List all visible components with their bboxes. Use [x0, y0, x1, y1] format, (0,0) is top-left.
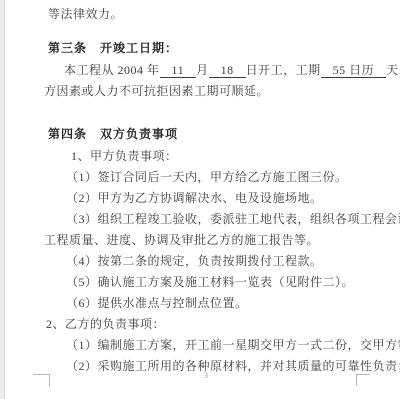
- party-b-item-1: （1）编制施工方案，开工前一星期交甲方一式二份，交甲方审核确认。: [66, 338, 400, 352]
- text-segment: 工程质量、进度、协调及审批乙方的施工报告等。: [44, 233, 319, 247]
- document-page: 等法律效力。第三条 开竣工日期：本工程从 2004 年11月18日开工，工期55…: [0, 0, 400, 399]
- start-date-line: 本工程从 2004 年11月18日开工，工期55 日历天，因甲: [64, 63, 400, 78]
- party-a-item-1: （1）签订合同后一天内，甲方给乙方施工图三份。: [66, 170, 348, 184]
- party-b-item-2: （2）采购施工所用的各种原材料，并对其质量的可靠性负责；材料品: [66, 359, 400, 373]
- previous-clause-tail: 等法律效力。: [48, 7, 123, 21]
- text-segment: （1）签订合同后一天内，甲方给乙方施工图三份。: [66, 170, 348, 184]
- text-segment: （1）编制施工方案，开工前一星期交甲方一式二份，交甲方审核确认。: [66, 338, 400, 352]
- filled-blank: 55 日历: [321, 63, 387, 78]
- filled-blank: 18: [209, 63, 246, 78]
- text-segment: 月: [196, 63, 209, 77]
- page-left-edge: [0, 0, 5, 399]
- party-a-item-3: （3）组织工程竣工验收，委派驻工地代表，组织各项工程会议，负责: [66, 212, 400, 226]
- text-segment: 1、甲方负责事项：: [71, 149, 178, 163]
- text-segment: 等法律效力。: [48, 7, 123, 21]
- article-4-heading: 第四条 双方负责事项: [48, 127, 178, 141]
- text-segment: （2）采购施工所用的各种原材料，并对其质量的可靠性负责；材料品: [66, 359, 400, 373]
- party-a-item-5: （5）确认施工方案及施工材料一览表（见附件二）。: [66, 275, 354, 289]
- text-segment: 天，因甲: [386, 63, 400, 77]
- text-segment: （3）组织工程竣工验收，委派驻工地代表，组织各项工程会议，负责: [66, 212, 400, 226]
- party-a-item-6: （6）提供水准点与控制点位置。: [66, 296, 248, 310]
- party-a-item-3-cont: 工程质量、进度、协调及审批乙方的施工报告等。: [44, 233, 319, 247]
- start-date-line-2: 方因素或人力不可抗拒因素工期可顺延。: [44, 84, 269, 98]
- text-boundary-mark-right: [356, 374, 370, 386]
- text-segment: 第四条 双方负责事项: [48, 127, 178, 141]
- party-a-subheading: 1、甲方负责事项：: [71, 149, 178, 163]
- article-3-heading: 第三条 开竣工日期：: [48, 41, 178, 55]
- party-b-subheading: 2、乙方的负责事项：: [46, 317, 165, 331]
- text-segment: 方因素或人力不可抗拒因素工期可顺延。: [44, 84, 269, 98]
- page-number: 3: [204, 371, 208, 380]
- text-boundary-mark-left: [33, 374, 50, 387]
- text-segment: 本工程从 2004 年: [64, 63, 160, 77]
- text-segment: 第三条 开竣工日期：: [48, 41, 178, 55]
- filled-blank: 11: [160, 63, 197, 78]
- text-segment: （6）提供水准点与控制点位置。: [66, 296, 248, 310]
- text-segment: 日开工，工期: [246, 63, 321, 77]
- party-a-item-2: （2）甲方为乙方协调解决水、电及设施场地。: [66, 191, 323, 205]
- text-segment: （4）按第二条的规定，负责按期拨付工程款。: [66, 254, 323, 268]
- text-segment: （5）确认施工方案及施工材料一览表（见附件二）。: [66, 275, 354, 289]
- text-segment: 2、乙方的负责事项：: [46, 317, 165, 331]
- text-segment: （2）甲方为乙方协调解决水、电及设施场地。: [66, 191, 323, 205]
- party-a-item-4: （4）按第二条的规定，负责按期拨付工程款。: [66, 254, 323, 268]
